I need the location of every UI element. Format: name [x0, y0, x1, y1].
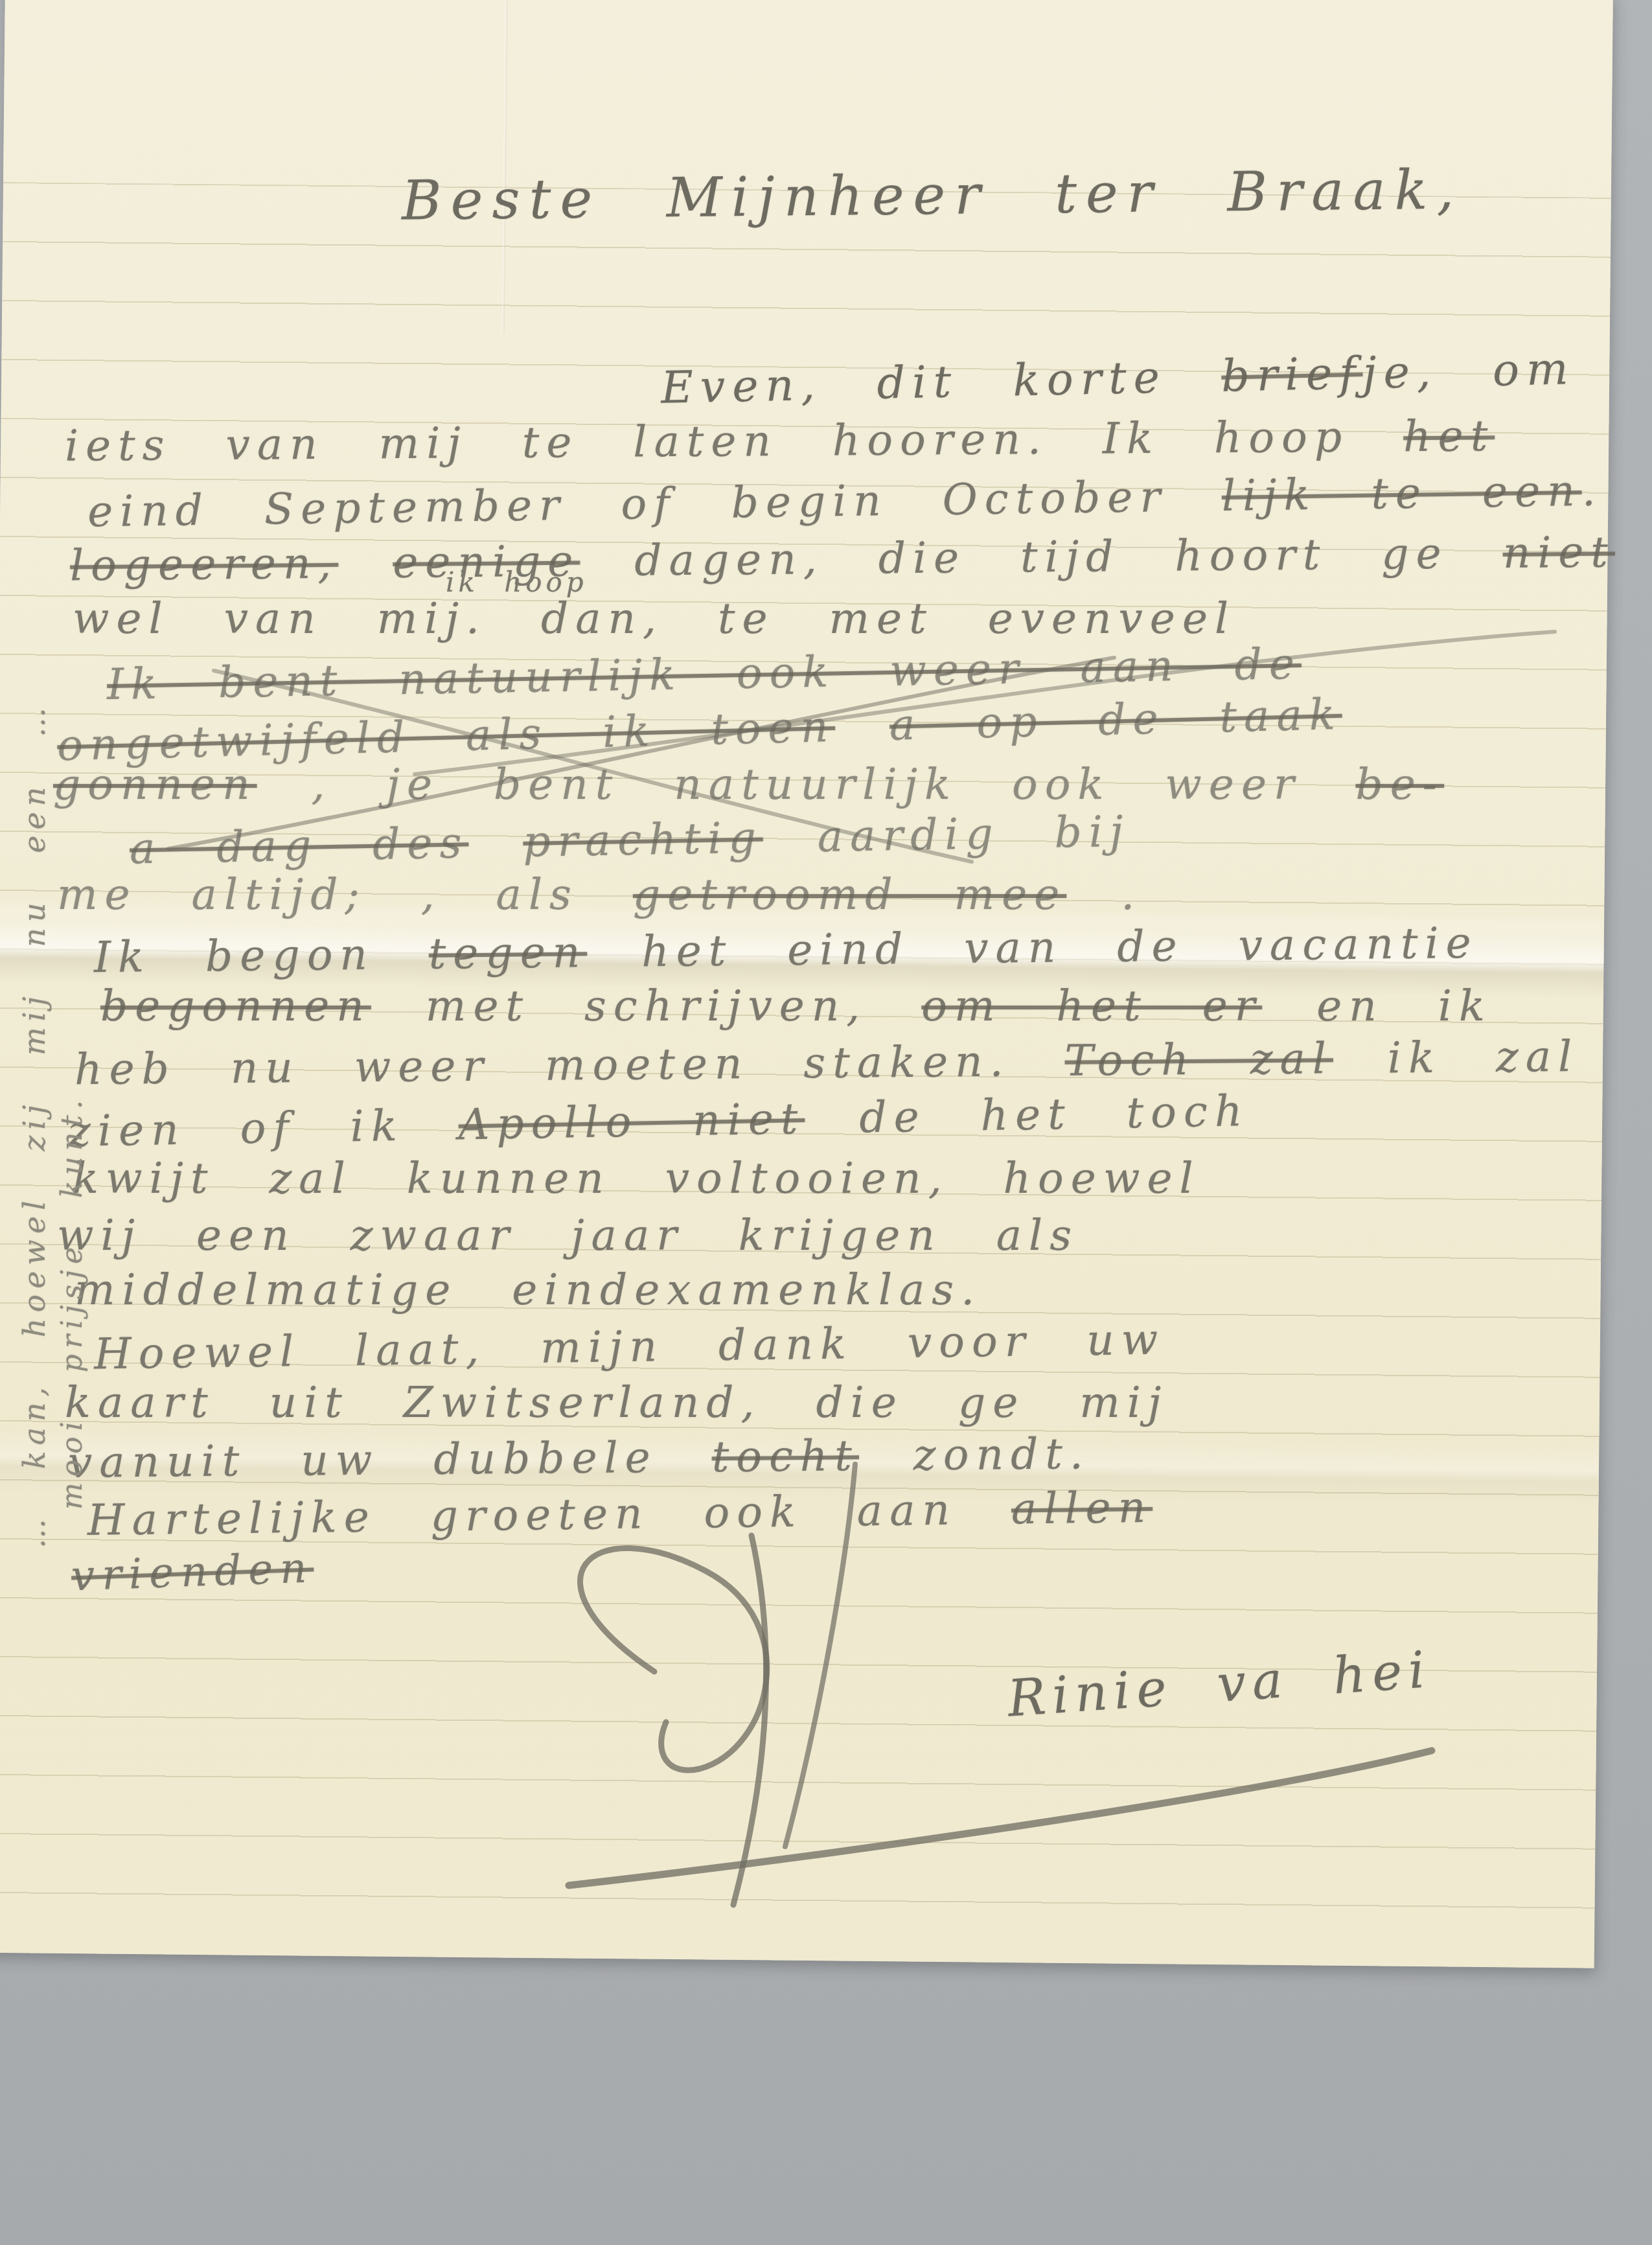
struck-scribble: vrienden: [71, 1544, 315, 1600]
handwriting-line: wij een zwaar jaar krijgen als: [57, 1210, 1079, 1260]
handwriting-line: wel van mij. dan, te met evenveel: [73, 593, 1235, 643]
handwriting-line: vanuit uw dubbele tocht zondt.: [68, 1429, 1090, 1488]
handwriting-line: middelmatige eindexamenklas.: [75, 1265, 981, 1315]
margin-note: mooi prijsje kunt.: [56, 654, 89, 1510]
salutation: Beste Mijnheer ter Braak,: [402, 157, 1463, 232]
handwriting-line: begonnen met schrijven, om het er en ik: [100, 981, 1492, 1031]
interline-insertion: ik hoop: [446, 566, 588, 598]
handwriting-line: kaart uit Zwitserland, die ge mij: [65, 1377, 1168, 1427]
scanned-letter-photo: Beste Mijnheer ter Braak, Even, dit kort…: [0, 0, 1652, 2245]
handwriting-line-struck: gonnen , je bent natuurlijk ook weer be-: [53, 759, 1444, 809]
handwriting-line: kwijt zal kunnen voltooien, hoewel: [73, 1153, 1200, 1203]
handwriting-line: me altijd; , als getroomd mee .: [57, 869, 1141, 919]
handwriting-line: iets van mij te laten hooren. Ik hoop he…: [65, 411, 1495, 470]
margin-note: … kan, hoewel zij mij nu een …: [17, 603, 52, 1548]
